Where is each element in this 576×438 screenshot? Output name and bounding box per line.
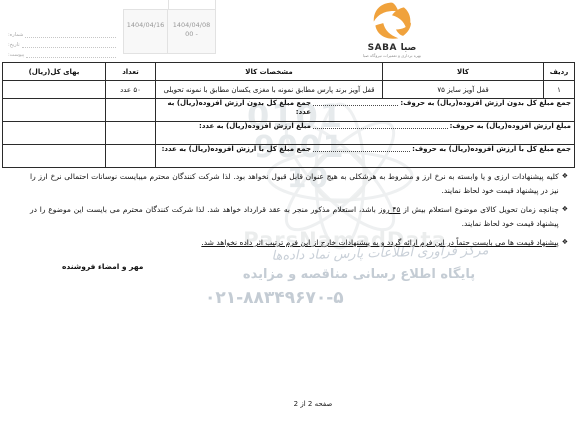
- note-text-part: چنانچه زمان تحویل کالای موضوع استعلام بی…: [400, 205, 558, 214]
- grid-line: [168, 0, 169, 9]
- reference-fields: شماره: تاریخ: پیوست:: [8, 28, 118, 58]
- summary-cell: جمع مبلغ کل بدون ارزش افزوده(ریال) به حر…: [156, 99, 575, 122]
- table-row: ۱ قفل آویز سایز ۷۵ قفل آویز برند پارس مط…: [3, 81, 575, 99]
- date-cell-2-time: 00 -: [168, 30, 215, 39]
- total-without-vat-words-label: جمع مبلغ کل بدون ارزش افزوده(ریال) به حر…: [400, 99, 571, 108]
- conditions-notes: ❖ کلیه پیشنهادات ارزی و یا وابسته به نرخ…: [30, 170, 568, 255]
- total-with-vat-digits-label: جمع مبلغ کل با ارزش افزوده(ریال) به عدد:: [159, 145, 311, 154]
- date-cell-1: 1404/04/16: [123, 9, 168, 54]
- col-header-specs: مشخصات کالا: [156, 63, 383, 81]
- total-without-vat-digits-label: جمع مبلغ کل بدون ارزش افزوده(ریال) به عد…: [159, 99, 311, 117]
- ref-attachment-label: پیوست:: [8, 52, 24, 58]
- note-text: پیشنهاد قیمت ها می بایست حتماً در این فر…: [30, 236, 559, 250]
- note-text: چنانچه زمان تحویل کالای موضوع استعلام بی…: [30, 203, 559, 231]
- diamond-bullet-icon: ❖: [562, 236, 568, 250]
- item-name-cell: قفل آویز سایز ۷۵: [383, 81, 544, 99]
- col-header-row-number: ردیف: [544, 63, 575, 81]
- note-text: کلیه پیشنهادات ارزی و یا وابسته به نرخ ا…: [30, 170, 559, 198]
- summary-row-with-vat: جمع مبلغ کل با ارزش افزوده(ریال) به حروف…: [3, 145, 575, 168]
- summary-cell: جمع مبلغ کل با ارزش افزوده(ریال) به حروف…: [156, 145, 575, 168]
- saba-swirl-icon: [368, 1, 416, 39]
- ref-date-row: تاریخ:: [8, 38, 118, 48]
- vat-amount-digits-label: مبلغ ارزش افزوده(ریال) به عدد:: [159, 122, 311, 131]
- dotted-fill-line[interactable]: [313, 145, 410, 152]
- vat-amount-words-label: مبلغ ارزش افزوده(ریال) به حروف:: [450, 122, 571, 131]
- grid-line: [215, 0, 216, 9]
- date-cells: 1404/04/16 1404/04/08 00 -: [123, 9, 216, 54]
- summary-cell: مبلغ ارزش افزوده(ریال) به حروف: مبلغ ارز…: [156, 122, 575, 145]
- total-with-vat-words-label: جمع مبلغ کل با ارزش افزوده(ریال) به حروف…: [412, 145, 571, 154]
- logo-latin-text: SABA: [368, 43, 397, 53]
- dotted-fill-line[interactable]: [313, 122, 448, 129]
- col-header-item: کالا: [383, 63, 544, 81]
- dotted-line: [26, 55, 116, 58]
- note-text-underlined: پیشنهاد قیمت ها می بایست حتماً در این فر…: [201, 238, 558, 247]
- item-total-price-cell[interactable]: [3, 81, 106, 99]
- empty-qty-cell: [106, 122, 156, 145]
- dotted-fill-line[interactable]: [313, 99, 398, 106]
- note-delivery-time: ❖ چنانچه زمان تحویل کالای موضوع استعلام …: [30, 203, 568, 231]
- summary-row-without-vat: جمع مبلغ کل بدون ارزش افزوده(ریال) به حر…: [3, 99, 575, 122]
- dotted-line: [22, 45, 116, 48]
- note-currency-offers: ❖ کلیه پیشنهادات ارزی و یا وابسته به نرخ…: [30, 170, 568, 198]
- row-index-cell: ۱: [544, 81, 575, 99]
- logo-wordmark: SABA صبا: [343, 43, 441, 53]
- empty-price-cell[interactable]: [3, 145, 106, 168]
- ref-number-row: شماره:: [8, 28, 118, 38]
- date-cell-2: 1404/04/08 00 -: [168, 9, 216, 54]
- ref-number-label: شماره:: [8, 32, 23, 38]
- note-text-underlined: ۴۵ روز: [379, 205, 401, 214]
- watermark-info-line: پایگاه اطلاع رسانی مناقصه و مزایده: [233, 267, 485, 282]
- item-spec-cell: قفل آویز برند پارس مطابق نمونه با مغزی ی…: [156, 81, 383, 99]
- seller-seal-signature-label: مهر و امضاء فروشنده: [62, 262, 143, 271]
- company-logo: SABA صبا بهره برداری و تعمیرات نیروگاه ص…: [343, 1, 441, 58]
- watermark-phone-number: ۰۲۱-۸۸۳۴۹۶۷۰-۵: [205, 288, 344, 308]
- empty-price-cell[interactable]: [3, 99, 106, 122]
- dotted-line: [25, 35, 116, 38]
- diamond-bullet-icon: ❖: [562, 170, 568, 198]
- empty-price-cell[interactable]: [3, 122, 106, 145]
- quotation-form-page: 0101 9001 10 ParsNamadData مرکز فرآوری ا…: [0, 0, 576, 438]
- logo-persian-text: صبا: [401, 43, 417, 53]
- note-text-part: کلیه پیشنهادات ارزی و یا وابسته به نرخ ا…: [30, 172, 559, 195]
- items-table: ردیف کالا مشخصات کالا تعداد بهای کل(ریال…: [2, 62, 575, 168]
- logo-tagline: بهره برداری و تعمیرات نیروگاه صبا: [343, 53, 441, 58]
- ref-attachment-row: پیوست:: [8, 48, 118, 58]
- summary-row-vat: مبلغ ارزش افزوده(ریال) به حروف: مبلغ ارز…: [3, 122, 575, 145]
- empty-qty-cell: [106, 145, 156, 168]
- ref-date-label: تاریخ:: [8, 42, 20, 48]
- diamond-bullet-icon: ❖: [562, 203, 568, 231]
- note-form-only-offers: ❖ پیشنهاد قیمت ها می بایست حتماً در این …: [30, 236, 568, 250]
- page-number-footer: صفحه 2 از 2: [268, 400, 358, 408]
- table-header-row: ردیف کالا مشخصات کالا تعداد بهای کل(ریال…: [3, 63, 575, 81]
- empty-qty-cell: [106, 99, 156, 122]
- col-header-quantity: تعداد: [106, 63, 156, 81]
- date-cell-2-date: 1404/04/08: [168, 21, 215, 30]
- item-qty-cell: ۵۰ عدد: [106, 81, 156, 99]
- col-header-total-price: بهای کل(ریال): [3, 63, 106, 81]
